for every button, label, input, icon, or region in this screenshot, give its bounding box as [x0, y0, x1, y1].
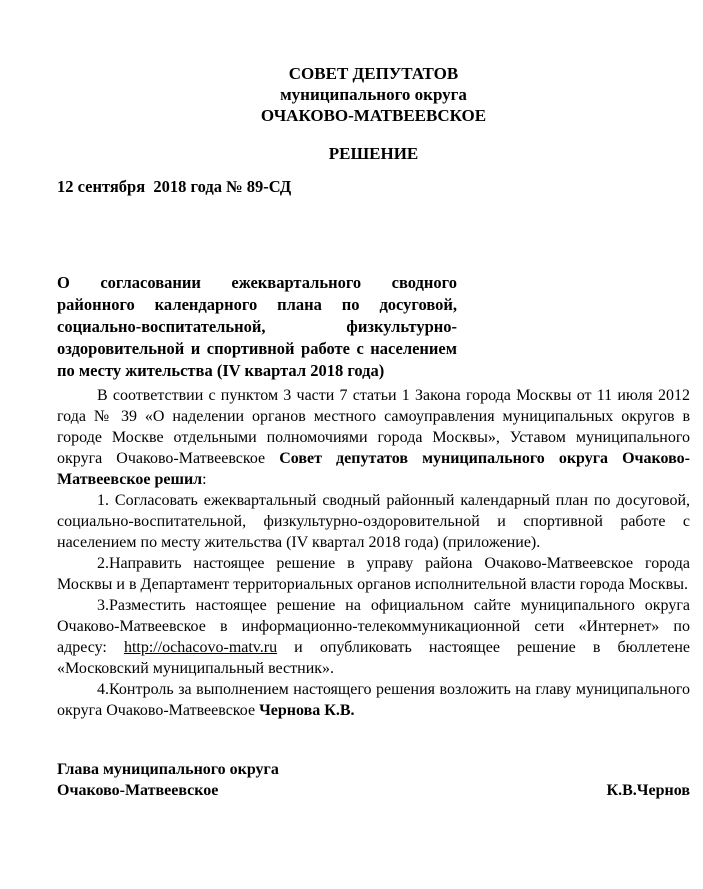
subject-paragraph: О согласовании ежеквартального сводного … [57, 272, 457, 382]
doc-type-title: РЕШЕНИЕ [57, 143, 690, 164]
item-4-bold-name: Чернова К.В. [259, 702, 354, 719]
resolution-item-4: 4.Контроль за выполнением настоящего реш… [57, 679, 690, 721]
signature-title: Глава муниципального округа Очаково-Матв… [57, 759, 279, 801]
document-body: В соответствии с пунктом 3 части 7 стать… [57, 385, 690, 721]
resolution-item-3: 3.Разместить настоящее решение на официа… [57, 595, 690, 679]
signature-title-line1: Глава муниципального округа [57, 759, 279, 780]
preamble-colon: : [202, 471, 206, 488]
preamble-paragraph: В соответствии с пунктом 3 части 7 стать… [57, 385, 690, 490]
org-name-line3: ОЧАКОВО-МАТВЕЕВСКОЕ [57, 105, 690, 126]
signature-block: Глава муниципального округа Очаково-Матв… [57, 759, 690, 801]
signature-title-line2: Очаково-Матвеевское [57, 780, 279, 801]
resolution-item-2: 2.Направить настоящее решение в управу р… [57, 553, 690, 595]
resolution-item-1: 1. Согласовать ежеквартальный сводный ра… [57, 490, 690, 553]
signature-name: К.В.Чернов [607, 780, 690, 801]
item-4-text: 4.Контроль за выполнением настоящего реш… [57, 681, 690, 719]
org-name-line2: муниципального округа [57, 84, 690, 105]
website-link[interactable]: http://ochacovo-matv.ru [124, 639, 277, 656]
org-name-line1: СОВЕТ ДЕПУТАТОВ [57, 63, 690, 84]
date-number-line: 12 сентября 2018 года № 89-СД [57, 176, 690, 197]
document-header: СОВЕТ ДЕПУТАТОВ муниципального округа ОЧ… [57, 63, 690, 126]
document-page: СОВЕТ ДЕПУТАТОВ муниципального округа ОЧ… [0, 0, 703, 889]
